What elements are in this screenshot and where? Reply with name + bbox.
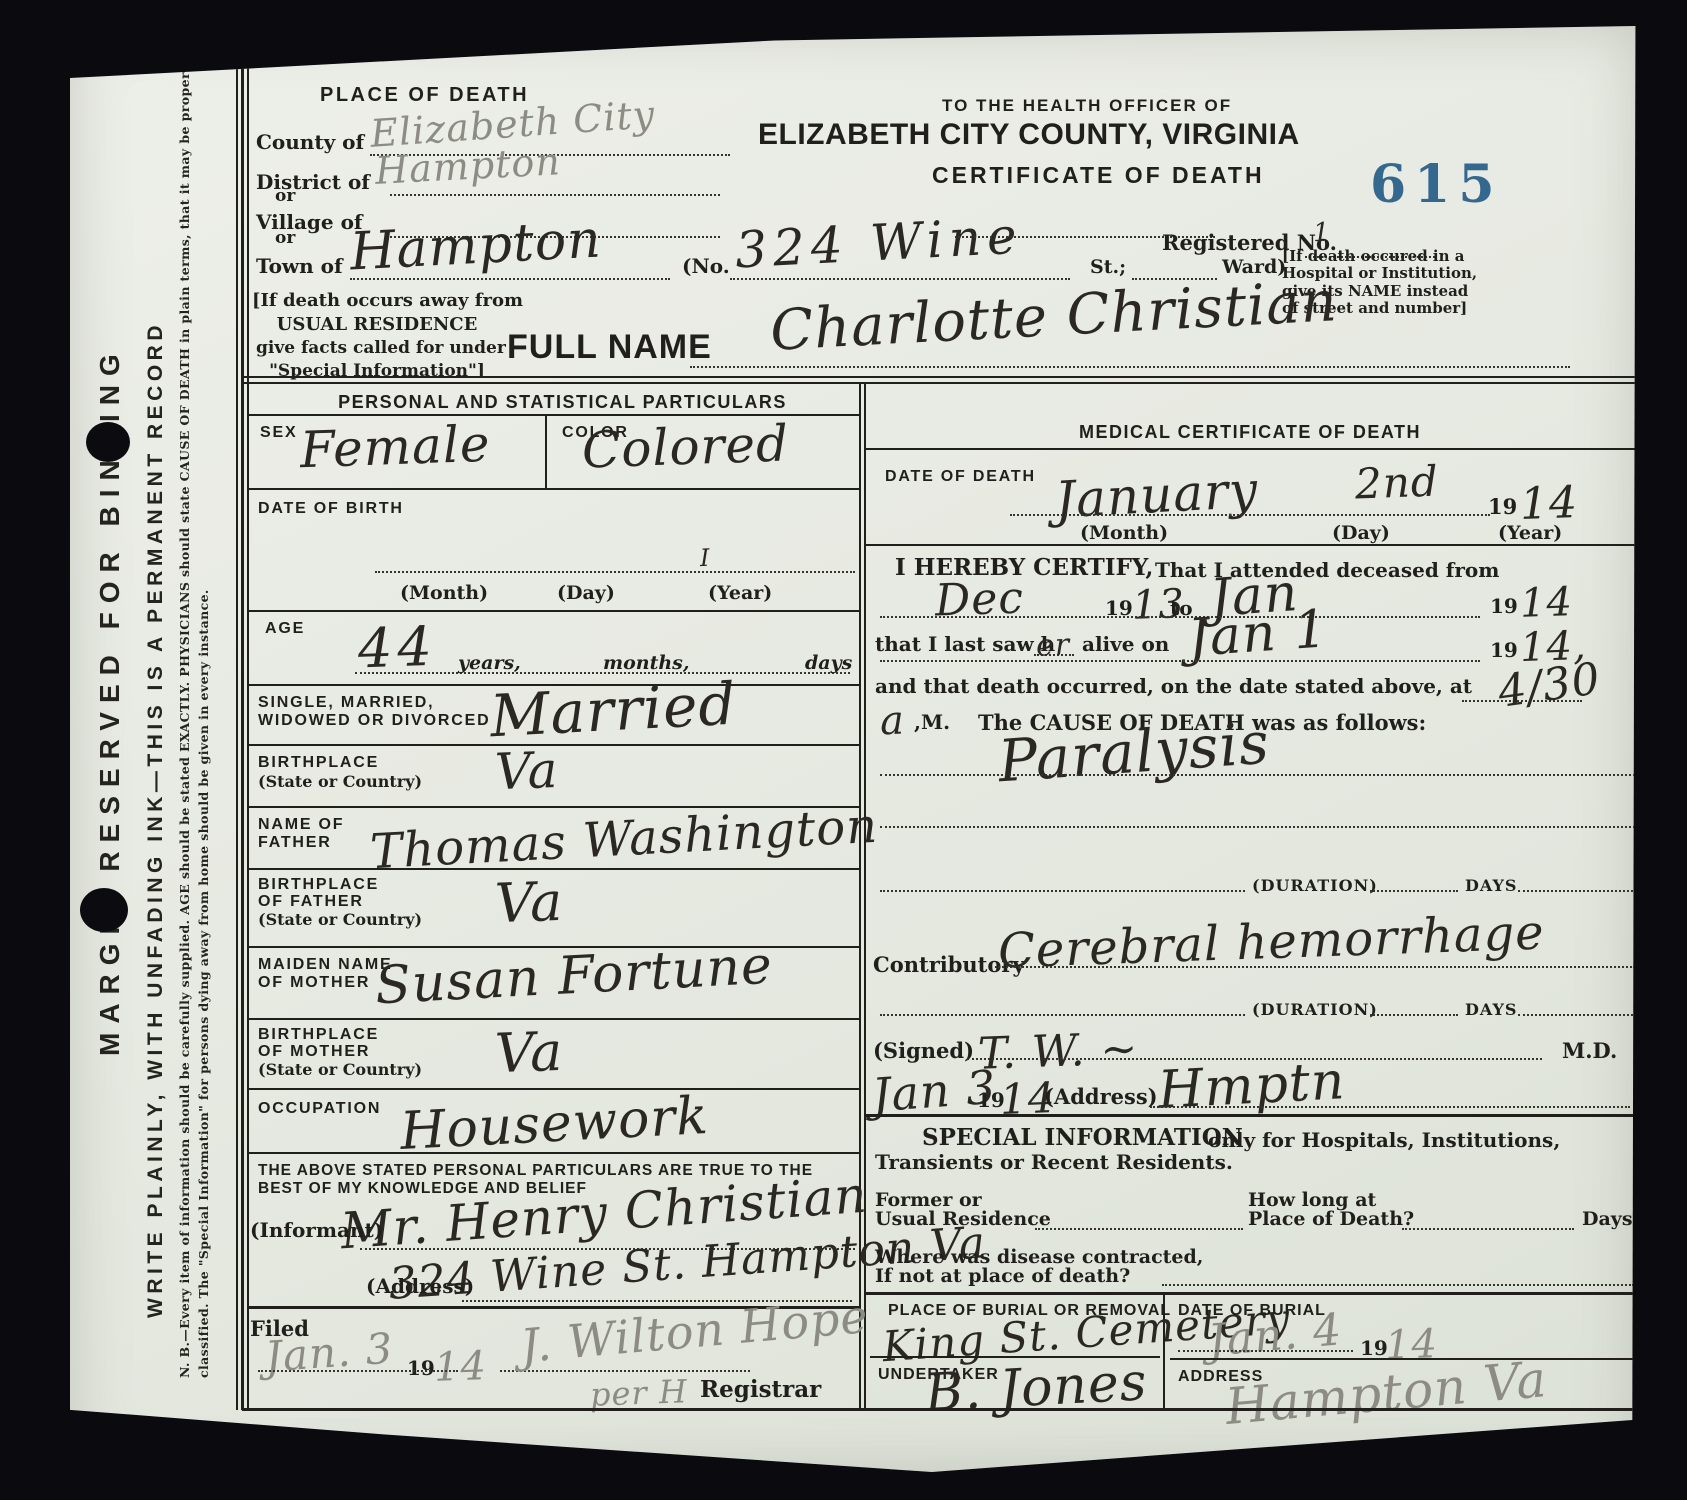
dod-month-label: (Month) bbox=[1080, 522, 1168, 544]
birthplace-label: BIRTHPLACE bbox=[258, 754, 379, 772]
duration-line-1b bbox=[1370, 890, 1458, 892]
mother-bp-label-2: OF MOTHER bbox=[258, 1043, 370, 1061]
dob-line bbox=[375, 571, 855, 573]
undertaker-signature: B. Jones bbox=[924, 1352, 1149, 1424]
occupation-label: OCCUPATION bbox=[258, 1100, 381, 1118]
residence-note-3: give facts called for under bbox=[256, 338, 506, 358]
last-saw-label-2: alive on bbox=[1082, 632, 1169, 656]
duration-line-2c bbox=[1518, 1014, 1633, 1016]
district-label: District of bbox=[256, 170, 370, 194]
duration-line-1a bbox=[880, 890, 1245, 892]
days-label-2: DAYS bbox=[1465, 1000, 1517, 1019]
informant-label: (Informant) bbox=[250, 1218, 383, 1242]
mother-bp-label-1: BIRTHPLACE bbox=[258, 1026, 379, 1044]
burial-address-value: Hampton Va bbox=[1223, 1350, 1549, 1436]
contributory-value: Cerebral hemorrhage bbox=[997, 904, 1545, 979]
or-label-2: or bbox=[275, 228, 295, 248]
attended-from-value: Dec bbox=[934, 572, 1025, 626]
occupation-value: Housework bbox=[399, 1086, 711, 1162]
rule bbox=[247, 1152, 859, 1154]
how-long-label-2: Place of Death? bbox=[1248, 1208, 1414, 1230]
dob-stray-mark: I bbox=[700, 544, 711, 572]
age-days-label: days bbox=[805, 652, 852, 674]
rule bbox=[247, 610, 859, 612]
duration-line-2b bbox=[1370, 1014, 1458, 1016]
hole-punch bbox=[86, 422, 130, 462]
dob-label: DATE OF BIRTH bbox=[258, 500, 404, 518]
m-label: ,M. bbox=[914, 710, 950, 734]
duration-line-2a bbox=[880, 1014, 1245, 1016]
father-label-2: FATHER bbox=[258, 834, 332, 852]
signed-address-label: (Address) bbox=[1044, 1084, 1158, 1109]
mother-label-2: OF MOTHER bbox=[258, 974, 370, 992]
special-info-label-3: Transients or Recent Residents. bbox=[875, 1150, 1233, 1174]
form-left-border bbox=[242, 58, 249, 1410]
informant-address-label: (Address) bbox=[366, 1274, 474, 1298]
cause-line-1 bbox=[880, 774, 1635, 776]
signed-address-value: Hmptn bbox=[1157, 1051, 1347, 1121]
dob-month-label: (Month) bbox=[400, 582, 488, 604]
certificate-number-stamp: 615 bbox=[1370, 154, 1503, 215]
village-label: Village of bbox=[256, 210, 363, 234]
date-of-death-day: 2nd bbox=[1354, 457, 1439, 509]
am-pm-value: a bbox=[879, 698, 905, 745]
birthplace-value: Va bbox=[494, 741, 559, 801]
special-info-label-1: SPECIAL INFORMATION bbox=[922, 1124, 1243, 1151]
age-months-label: months, bbox=[603, 652, 690, 674]
last-19: 19 bbox=[1490, 638, 1518, 662]
age-label: AGE bbox=[265, 620, 305, 638]
md-label: M.D. bbox=[1562, 1038, 1617, 1063]
certificate-paper: MARGIN RESERVED FOR BINDING WRITE PLAINL… bbox=[70, 26, 1637, 1472]
father-bp-value: Va bbox=[494, 870, 564, 935]
attended-to-year: 14 bbox=[1519, 579, 1573, 627]
last-saw-label-1: that I last saw h bbox=[875, 632, 1055, 656]
dob-year-label: (Year) bbox=[708, 582, 772, 604]
residence-note-1: [If death occurs away from bbox=[252, 290, 523, 311]
special-info-label-2: only for Hospitals, Institutions, bbox=[1208, 1128, 1560, 1152]
to-19: 19 bbox=[1490, 594, 1518, 618]
occurred-label: and that death occurred, on the date sta… bbox=[875, 674, 1472, 698]
residence-note-2: USUAL RESIDENCE bbox=[252, 314, 502, 335]
bottom-rule bbox=[242, 1408, 1637, 1411]
last-saw-value: Jan 1 bbox=[1186, 599, 1330, 669]
special-separator bbox=[866, 1114, 1637, 1117]
date-of-death-label: DATE OF DEATH bbox=[885, 468, 1036, 486]
dod-year-label: (Year) bbox=[1498, 522, 1562, 544]
date-of-death-line bbox=[1010, 514, 1490, 516]
last-saw-line bbox=[880, 660, 1480, 662]
burial-19: 19 bbox=[1360, 1336, 1388, 1360]
sex-label: SEX bbox=[260, 424, 297, 442]
mother-bp-subnote: (State or Country) bbox=[258, 1060, 422, 1079]
personal-section-title: PERSONAL AND STATISTICAL PARTICULARS bbox=[270, 392, 855, 413]
duration-label-2: (DURATION) bbox=[1252, 1000, 1378, 1019]
margin-nb-text: N. B.—Every item of information should b… bbox=[176, 58, 214, 1378]
town-line bbox=[350, 278, 670, 280]
rule bbox=[1170, 1358, 1637, 1360]
filed-date-value: Jan. 3 bbox=[263, 1324, 394, 1382]
father-bp-label-2: OF FATHER bbox=[258, 893, 364, 911]
dod-19: 19 bbox=[1488, 494, 1517, 519]
full-name-line bbox=[690, 366, 1570, 368]
age-value: 44 bbox=[357, 615, 438, 681]
street-label: St.; bbox=[1090, 256, 1126, 278]
burial-date-line bbox=[1178, 1350, 1353, 1352]
rule bbox=[866, 544, 1637, 546]
margin-plainly-text: WRITE PLAINLY, WITH UNFADING INK—THIS IS… bbox=[144, 321, 168, 1318]
district-line bbox=[390, 194, 720, 196]
full-name-label: FULL NAME bbox=[507, 328, 712, 367]
days-label-1: DAYS bbox=[1465, 876, 1517, 895]
mother-label-1: MAIDEN NAME bbox=[258, 956, 392, 974]
birthplace-subnote: (State or Country) bbox=[258, 772, 422, 791]
how-long-line bbox=[1402, 1228, 1574, 1230]
registered-value: 1 bbox=[1312, 218, 1331, 249]
duration-line-1c bbox=[1518, 890, 1633, 892]
certificate-title: CERTIFICATE OF DEATH bbox=[932, 162, 1265, 189]
medical-section-title: MEDICAL CERTIFICATE OF DEATH bbox=[870, 422, 1630, 443]
dod-day-label: (Day) bbox=[1332, 522, 1390, 544]
age-years-label: years, bbox=[458, 652, 521, 674]
full-name-value: Charlotte Christian bbox=[769, 269, 1339, 364]
cause-line-2 bbox=[880, 826, 1635, 828]
rule bbox=[866, 448, 1637, 450]
town-value: Hampton bbox=[349, 209, 603, 282]
rule bbox=[247, 488, 859, 490]
header-separator bbox=[242, 376, 1637, 384]
filed-19: 19 bbox=[407, 1356, 435, 1380]
street-line bbox=[730, 278, 1070, 280]
father-label-1: NAME OF bbox=[258, 816, 344, 834]
duration-label-1: (DURATION) bbox=[1252, 876, 1378, 895]
dob-day-label: (Day) bbox=[557, 582, 615, 604]
physician-signature: T. W. ~ bbox=[977, 1023, 1139, 1080]
disease-contracted-line bbox=[1162, 1284, 1634, 1286]
occurred-time-value: 4/30 bbox=[1495, 653, 1604, 718]
burial-separator bbox=[866, 1292, 1637, 1295]
registrar-label: Registrar bbox=[700, 1376, 821, 1403]
mother-bp-value: Va bbox=[494, 1020, 564, 1085]
marital-value: Married bbox=[488, 670, 738, 751]
contributory-line bbox=[995, 966, 1635, 968]
marital-label-1: SINGLE, MARRIED, bbox=[258, 694, 434, 712]
house-no-value: 324 Wine bbox=[734, 207, 1024, 280]
father-bp-subnote: (State or Country) bbox=[258, 910, 422, 929]
house-no-label: (No. bbox=[682, 254, 730, 278]
district-value: Hampton bbox=[374, 139, 562, 193]
her-value: er bbox=[1035, 627, 1070, 663]
town-label: Town of bbox=[256, 254, 343, 278]
hole-punch bbox=[80, 888, 128, 932]
signed-address-line bbox=[1150, 1106, 1630, 1108]
county-title: ELIZABETH CITY COUNTY, VIRGINIA bbox=[758, 118, 1300, 152]
sex-color-divider bbox=[545, 416, 547, 488]
how-long-days-label: Days bbox=[1582, 1208, 1633, 1230]
county-label: County of bbox=[256, 130, 364, 154]
or-label-1: or bbox=[275, 186, 295, 206]
signed-label: (Signed) bbox=[873, 1038, 974, 1063]
former-residence-label-2: Usual Residence bbox=[875, 1208, 1051, 1230]
disease-contracted-label-2: If not at place of death? bbox=[875, 1265, 1130, 1287]
filed-year-value: 14 bbox=[433, 1343, 487, 1391]
date-of-death-month: January bbox=[1054, 461, 1260, 530]
attended-line bbox=[880, 616, 1480, 618]
sex-value: Female bbox=[299, 415, 491, 480]
former-residence-line bbox=[1035, 1228, 1243, 1230]
marital-label-2: WIDOWED OR DIVORCED bbox=[258, 712, 490, 730]
certify-label-2: That I attended deceased from bbox=[1155, 558, 1499, 582]
to-health-officer: TO THE HEALTH OFFICER OF bbox=[942, 96, 1232, 116]
father-bp-label-1: BIRTHPLACE bbox=[258, 876, 379, 894]
filed-line bbox=[258, 1370, 458, 1372]
rule bbox=[247, 1088, 859, 1090]
color-value: Colored bbox=[581, 414, 790, 479]
